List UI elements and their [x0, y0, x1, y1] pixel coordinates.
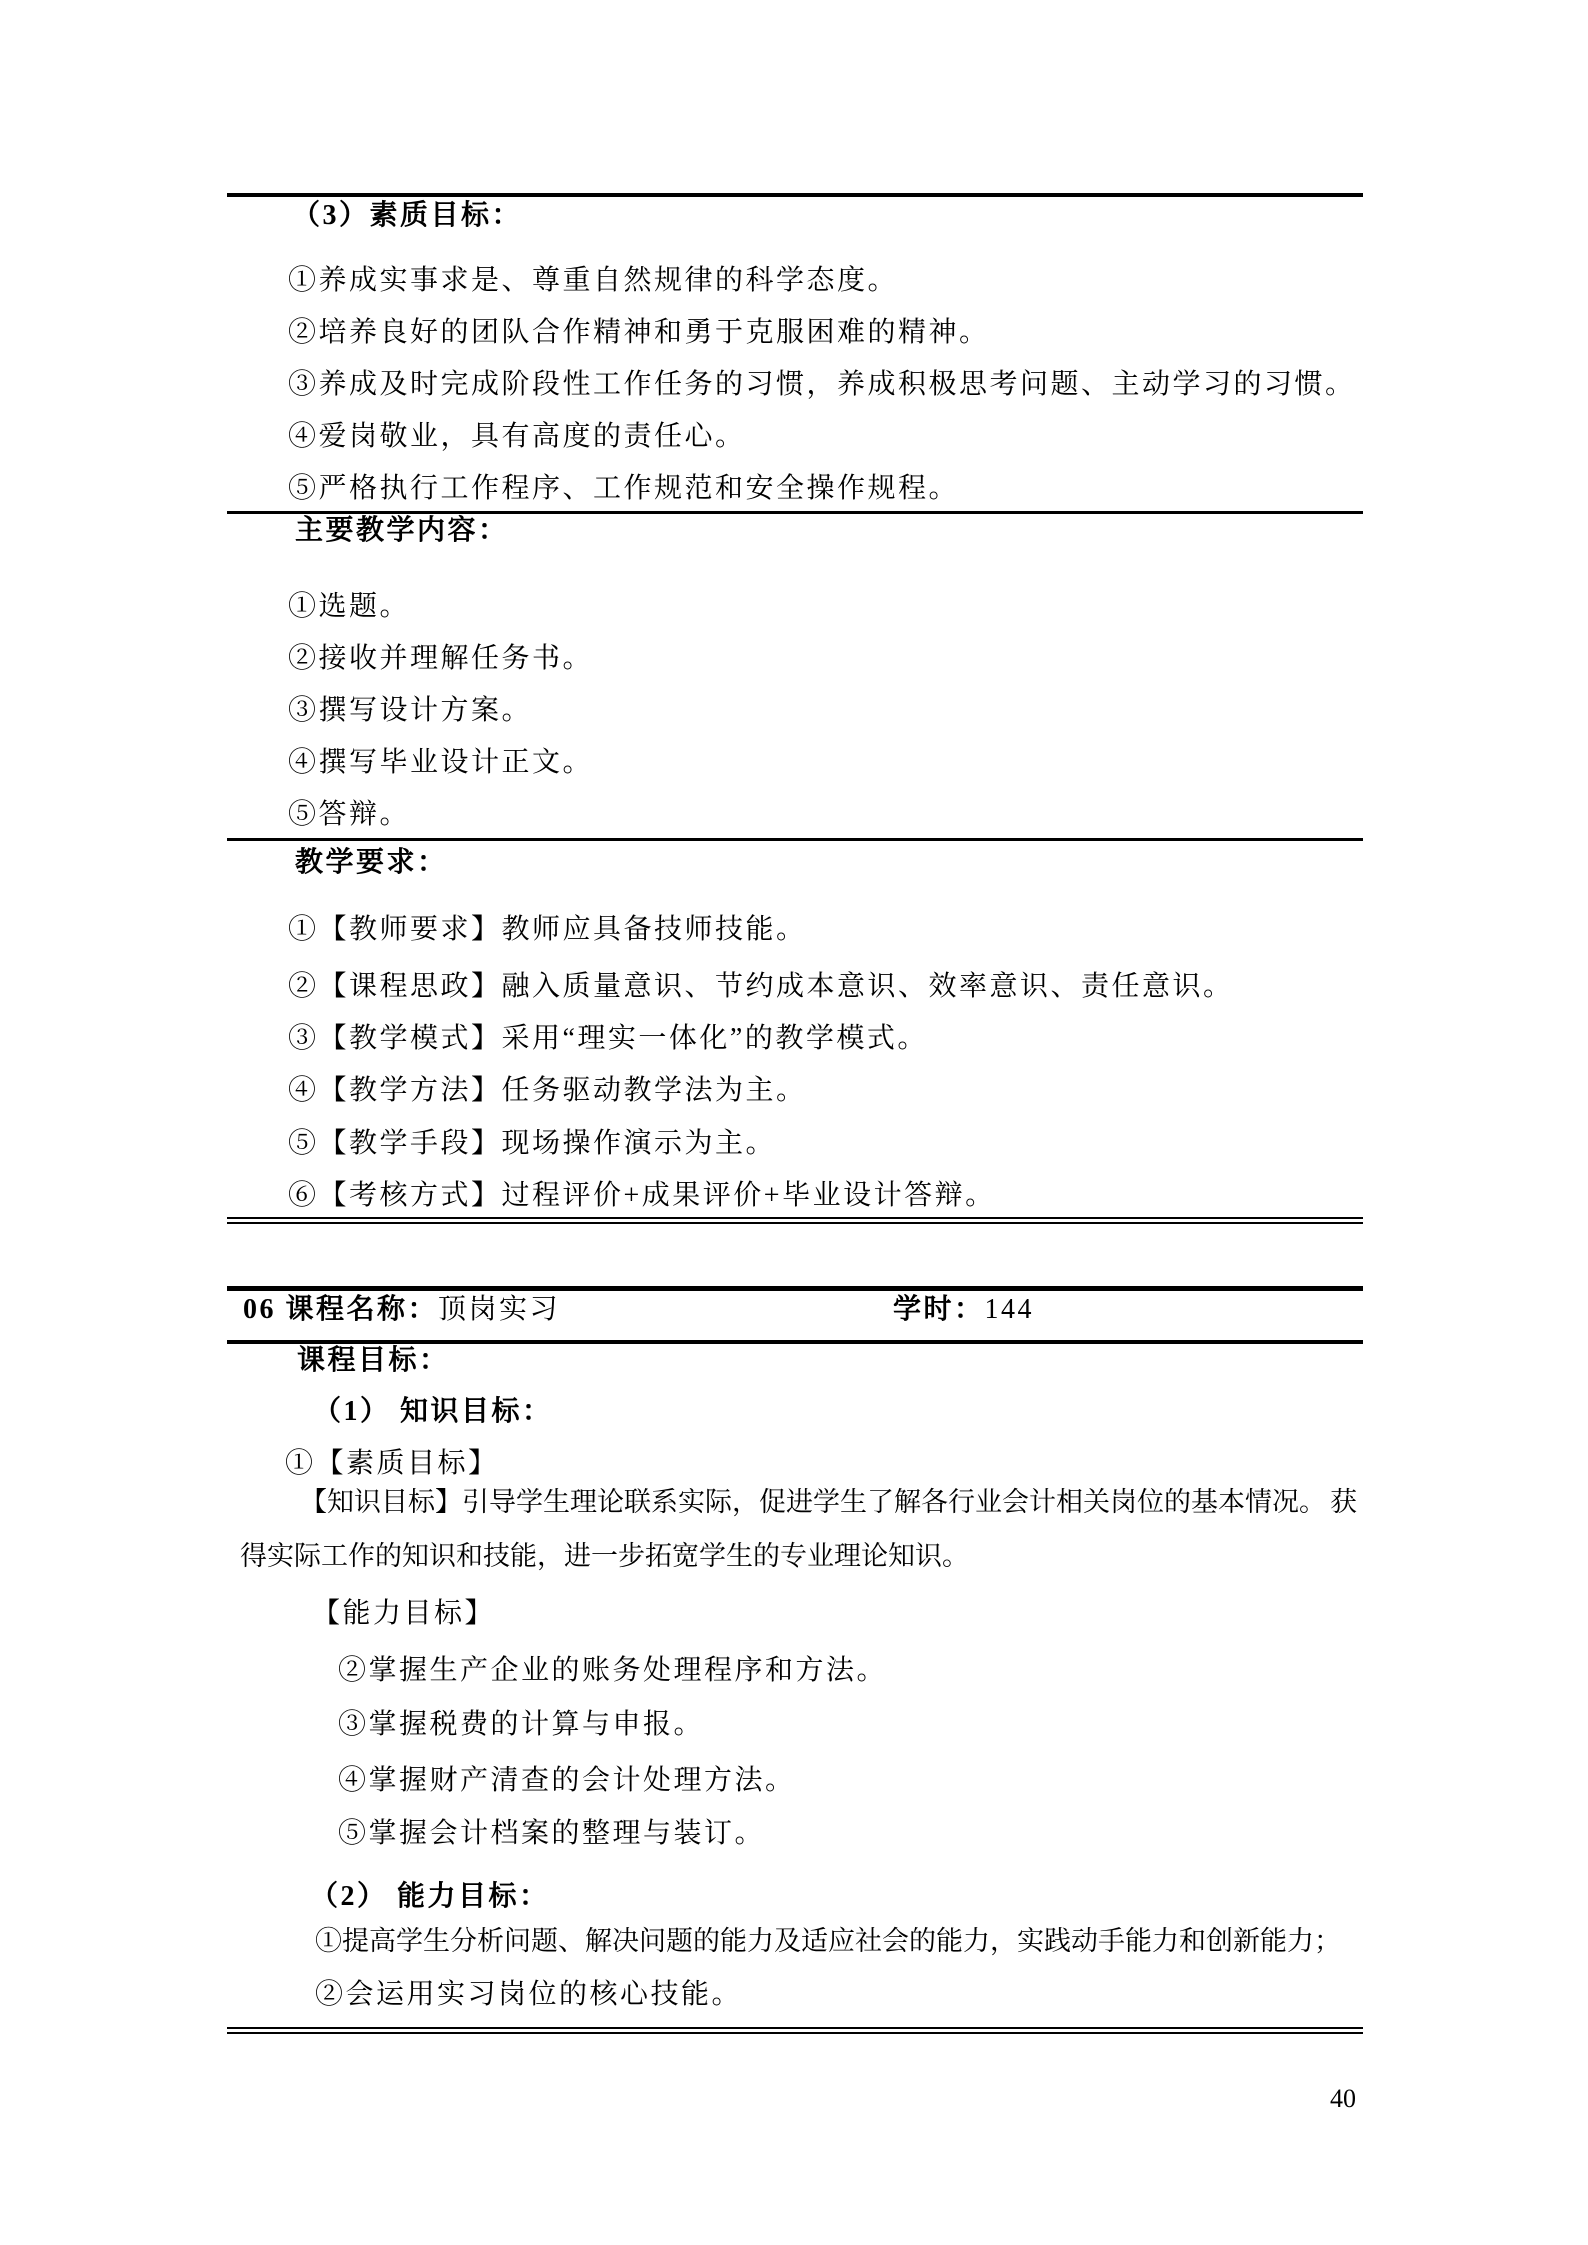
course-hours-row: 学时：144: [893, 1293, 1034, 1326]
quality-objective-item-4: ④爱岗敬业，具有高度的责任心。: [288, 420, 746, 453]
quality-objective-item-5: ⑤严格执行工作程序、工作规范和安全操作规程。: [288, 472, 959, 505]
course-objectives-heading: 课程目标：: [297, 1344, 450, 1377]
hours-value: 144: [985, 1294, 1035, 1325]
course-title-row: 06 课程名称：顶岗实习: [243, 1293, 560, 1326]
course-06-table: 06 课程名称：顶岗实习 学时：144 课程目标： （1） 知识目标： ①【素质…: [227, 1286, 1363, 2034]
knowledge-objective-tail: 获: [1330, 1486, 1357, 1519]
ability-bracket-item-5: ⑤掌握会计档案的整理与装订。: [338, 1817, 765, 1850]
teaching-requirement-item-2: ②【课程思政】融入质量意识、节约成本意识、效率意识、责任意识。: [288, 970, 1234, 1003]
knowledge-objective-text: 【知识目标】引导学生理论联系实际，促进学生了解各行业会计相关岗位的基本情况。: [300, 1486, 1326, 1519]
teaching-content-item-3: ③撰写设计方案。: [288, 694, 532, 727]
knowledge-objective-line-2: 得实际工作的知识和技能，进一步拓宽学生的专业理论知识。: [240, 1540, 969, 1573]
quality-objective-bracket-line: ①【素质目标】: [285, 1447, 499, 1480]
teaching-content-item-5: ⑤答辩。: [288, 798, 410, 831]
teaching-requirement-item-3: ③【教学模式】采用“理实一体化”的教学模式。: [288, 1022, 928, 1055]
ability-objectives-subheading: （2） 能力目标：: [310, 1880, 550, 1913]
teaching-requirement-item-6: ⑥【考核方式】过程评价+成果评价+毕业设计答辩。: [288, 1179, 996, 1212]
teaching-content-item-4: ④撰写毕业设计正文。: [288, 746, 593, 779]
ability-objective-item-1: ①提高学生分析问题、解决问题的能力及适应社会的能力，实践动手能力和创新能力；: [315, 1925, 1341, 1958]
ability-objective-item-2: ②会运用实习岗位的核心技能。: [315, 1978, 742, 2011]
ability-bracket-item-3: ③掌握税费的计算与申报。: [338, 1708, 704, 1741]
ability-bracket-heading: 【能力目标】: [312, 1597, 495, 1630]
teaching-content-item-2: ②接收并理解任务书。: [288, 642, 593, 675]
teaching-requirement-item-1: ①【教师要求】教师应具备技师技能。: [288, 913, 807, 946]
quality-objective-item-3: ③养成及时完成阶段性工作任务的习惯，养成积极思考问题、主动学习的习惯。: [288, 368, 1356, 401]
knowledge-objective-line-1: 【知识目标】引导学生理论联系实际，促进学生了解各行业会计相关岗位的基本情况。 获: [300, 1486, 1357, 1519]
quality-objective-item-1: ①养成实事求是、尊重自然规律的科学态度。: [288, 264, 898, 297]
teaching-content-heading: 主要教学内容：: [295, 514, 509, 547]
syllabus-table-top: （3）素质目标： ①养成实事求是、尊重自然规律的科学态度。 ②培养良好的团队合作…: [227, 193, 1363, 1224]
knowledge-objectives-subheading: （1） 知识目标：: [313, 1395, 553, 1428]
teaching-content-item-1: ①选题。: [288, 590, 410, 623]
quality-objectives-heading: （3）素质目标：: [292, 199, 522, 232]
teaching-requirement-item-5: ⑤【教学手段】现场操作演示为主。: [288, 1127, 776, 1160]
teaching-requirements-heading: 教学要求：: [295, 846, 448, 879]
row-divider-line: [227, 838, 1363, 841]
hours-label: 学时：: [893, 1294, 985, 1325]
page-number: 40: [1330, 2084, 1356, 2114]
course-name-value: 顶岗实习: [438, 1294, 560, 1325]
ability-bracket-item-2: ②掌握生产企业的账务处理程序和方法。: [338, 1654, 887, 1687]
course-name-label: 06 课程名称：: [243, 1294, 438, 1325]
document-page: （3）素质目标： ①养成实事求是、尊重自然规律的科学态度。 ②培养良好的团队合作…: [0, 0, 1588, 2245]
quality-objective-item-2: ②培养良好的团队合作精神和勇于克服困难的精神。: [288, 316, 990, 349]
ability-bracket-item-4: ④掌握财产清查的会计处理方法。: [338, 1764, 796, 1797]
teaching-requirement-item-4: ④【教学方法】任务驱动教学法为主。: [288, 1074, 807, 1107]
